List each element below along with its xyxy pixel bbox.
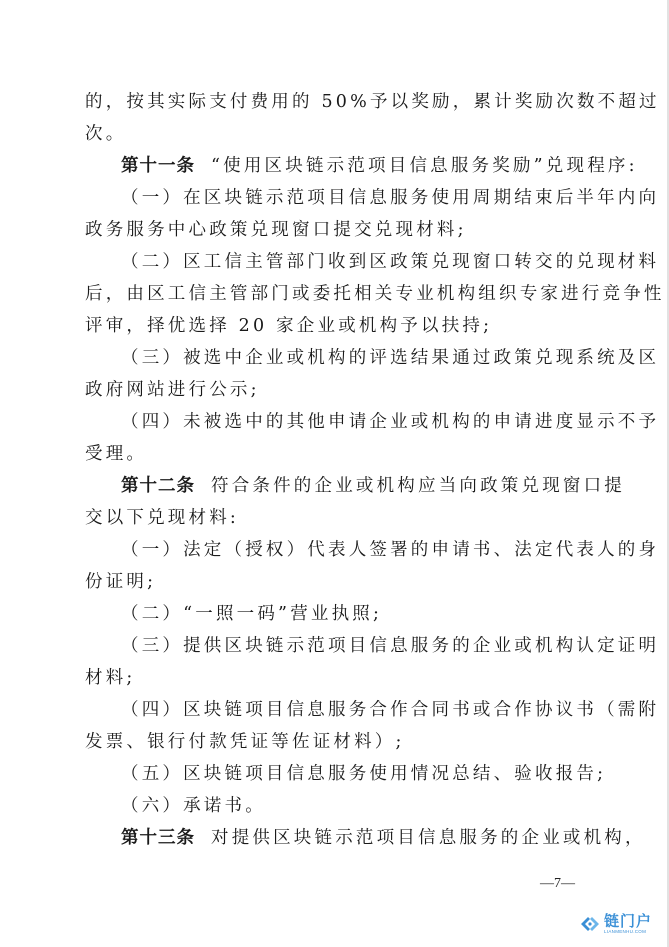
article-title: 第十二条: [121, 476, 195, 496]
text-line: （五）区块链项目信息服务使用情况总结、验收报告;: [85, 758, 595, 790]
article-text: 符合条件的企业或机构应当向政策兑现窗口提: [211, 476, 625, 496]
text-line: 政务服务中心政策兑现窗口提交兑现材料;: [85, 214, 595, 246]
text-line: （三）被选中企业或机构的评选结果通过政策兑现系统及区: [85, 342, 595, 374]
article-text: 对提供区块链示范项目信息服务的企业或机构，: [211, 828, 646, 848]
article-title: 第十三条: [121, 828, 195, 848]
text-line: （二）“一照一码”营业执照;: [85, 598, 595, 630]
text-line: 的，按其实际支付费用的 50%予以奖励，累计奖励次数不超过 2: [85, 86, 595, 118]
article-12-heading-line: 第十二条符合条件的企业或机构应当向政策兑现窗口提: [85, 470, 595, 502]
text-line: 份证明;: [85, 566, 595, 598]
page-number: —7—: [540, 876, 575, 892]
text-line: 政府网站进行公示;: [85, 374, 595, 406]
article-11-heading-line: 第十一条“使用区块链示范项目信息服务奖励”兑现程序:: [85, 150, 595, 182]
watermark-title: 链门户: [604, 914, 652, 929]
article-13-heading-line: 第十三条对提供区块链示范项目信息服务的企业或机构，: [85, 822, 595, 854]
text-line: （一）法定（授权）代表人签署的申请书、法定代表人的身: [85, 534, 595, 566]
text-line: 评审，择优选择 20 家企业或机构予以扶持;: [85, 310, 595, 342]
text-line: （六）承诺书。: [85, 790, 595, 822]
chain-link-logo-icon: [580, 916, 600, 932]
article-title: 第十一条: [121, 156, 195, 176]
watermark-subtitle: LIANMENHU.COM: [604, 930, 652, 935]
text-line: 后，由区工信主管部门或委托相关专业机构组织专家进行竞争性: [85, 278, 595, 310]
text-line: （二）区工信主管部门收到区政策兑现窗口转交的兑现材料: [85, 246, 595, 278]
article-text: “使用区块链示范项目信息服务奖励”兑现程序:: [211, 156, 638, 176]
text-line: （四）区块链项目信息服务合作合同书或合作协议书（需附: [85, 694, 595, 726]
text-line: （四）未被选中的其他申请企业或机构的申请进度显示不予: [85, 406, 595, 438]
text-line: 受理。: [85, 438, 595, 470]
text-line: 交以下兑现材料:: [85, 502, 595, 534]
document-body: 的，按其实际支付费用的 50%予以奖励，累计奖励次数不超过 2 次。 第十一条“…: [85, 86, 595, 854]
watermark-logo: 链门户 LIANMENHU.COM: [580, 914, 652, 935]
text-line: 材料;: [85, 662, 595, 694]
text-line: 发票、银行付款凭证等佐证材料）;: [85, 726, 595, 758]
text-line: （一）在区块链示范项目信息服务使用周期结束后半年内向: [85, 182, 595, 214]
text-line: （三）提供区块链示范项目信息服务的企业或机构认定证明: [85, 630, 595, 662]
text-line: 次。: [85, 118, 595, 150]
